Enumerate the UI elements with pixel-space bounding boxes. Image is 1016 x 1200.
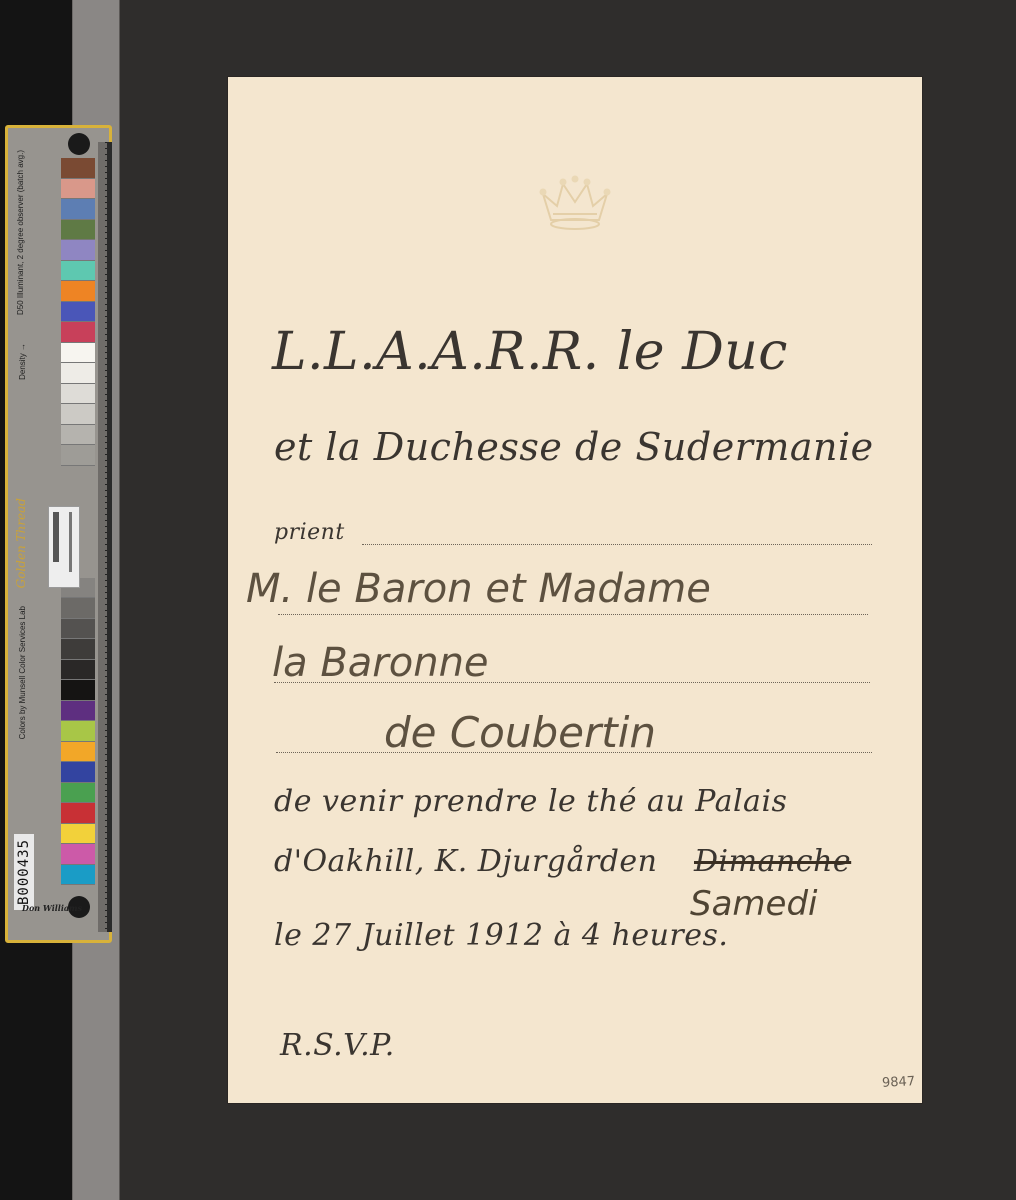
archive-number: 9847 [882,1074,916,1091]
guest-rule-1 [362,544,872,545]
gray-swatch [61,384,95,405]
color-swatch [61,261,95,282]
color-swatch [61,179,95,200]
guest-name-line-3: de Coubertin [384,708,656,757]
color-swatch [61,322,95,343]
guest-name-line-1: M. le Baron et Madame [246,566,711,612]
color-calibration-target: D50 Illuminant, 2 degree observer (batch… [5,125,112,943]
illuminant-caption: D50 Illuminant, 2 degree observer (batch… [16,150,25,315]
target-id-label: B000435 [14,834,34,910]
gray-swatch [61,598,95,619]
gray-swatch [61,343,95,364]
gray-swatch [61,425,95,446]
place-line: d'Oakhill, K. Djurgården [274,844,658,879]
gray-swatch [61,680,95,701]
color-swatch [61,158,95,179]
mount-hole-icon [68,133,90,155]
color-swatch [61,281,95,302]
ruler-scale-bar [107,142,112,932]
color-swatch [61,240,95,261]
crown-emblem-icon [535,172,615,234]
guest-name-line-2: la Baronne [272,640,489,686]
guest-rule-4 [276,752,872,753]
color-swatch [61,762,95,783]
color-swatch [61,844,95,865]
scale-reference-card [48,506,80,588]
density-caption: Density → [18,343,27,380]
gray-swatch [61,445,95,466]
date-line: le 27 Juillet 1912 à 4 heures. [274,918,728,953]
color-swatch [61,220,95,241]
gray-swatch [61,404,95,425]
brand-bottom-label: Don Williams [22,903,82,913]
gray-swatch [61,660,95,681]
color-swatch [61,783,95,804]
color-swatch [61,803,95,824]
hosts-line-2: et la Duchesse de Sudermanie [274,425,874,469]
rsvp-label: R.S.V.P. [280,1028,395,1063]
color-swatch [61,302,95,323]
tea-line: de venir prendre le thé au Palais [274,784,787,819]
struck-day: Dimanche [694,844,851,879]
color-swatch [61,824,95,845]
color-swatch [61,742,95,763]
scale-bar [53,512,59,562]
gray-swatch [61,619,95,640]
scale-bar [69,512,72,572]
color-swatch [61,865,95,886]
gray-swatch [61,639,95,660]
guest-rule-2 [278,614,868,615]
guest-rule-3 [274,682,870,683]
color-swatch [61,199,95,220]
color-swatch [61,721,95,742]
gray-swatch [61,363,95,384]
credit-caption: Colors by Munsell Color Services Lab [18,606,27,739]
hosts-line-1: L.L.A.A.R.R. le Duc [272,322,788,382]
invite-verb: prient [274,520,345,545]
color-swatch [61,701,95,722]
brand-top-label: Golden Thread [14,498,28,588]
